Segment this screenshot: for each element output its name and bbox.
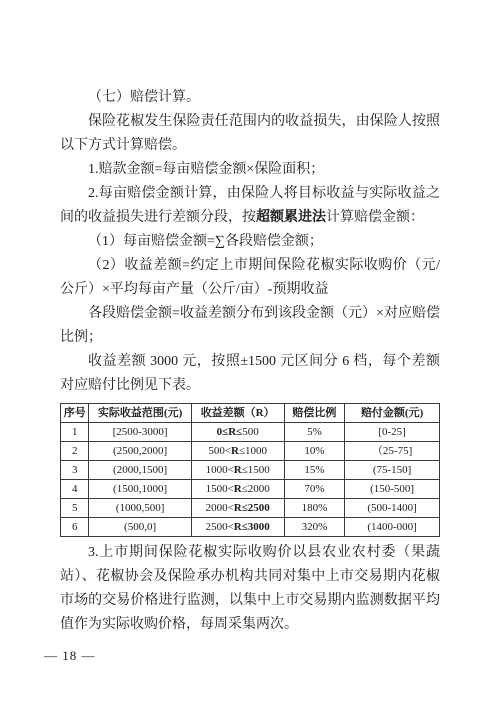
text-segment: 5 xyxy=(72,502,78,514)
paragraph: 收益差额 3000 元，按照±1500 元区间分 6 档，每个差额对应赔付比例见… xyxy=(60,350,440,398)
table-cell: 5% xyxy=(284,423,345,442)
table-header-row: 序号实际收益范围(元)收益差额（R）赔偿比例赔付金额(元) xyxy=(61,404,440,423)
paragraph: 保险花椒发生保险责任范围内的收益损失，由保险人按照以下方式计算赔偿。 xyxy=(60,110,440,158)
table-cell: (2500,2000] xyxy=(89,442,191,461)
paragraph: 3.上市期间保险花椒实际收购价以县农业农村委（果蔬站）、花椒协会及保险承办机构共… xyxy=(60,541,440,637)
text-segment: 1000< xyxy=(206,464,234,476)
table-cell: 6 xyxy=(61,518,89,537)
text-segment: 1500< xyxy=(206,483,234,495)
table-header-cell: 赔付金额(元) xyxy=(345,404,440,423)
text-segment: 3 xyxy=(72,464,78,476)
table-cell: (75-150] xyxy=(345,461,440,480)
text-segment: (500-1400] xyxy=(367,502,417,514)
paragraph: 各段赔偿金额=收益差额分布到该段金额（元）×对应赔偿比例； xyxy=(60,302,440,350)
text-segment: 保险花椒发生保险责任范围内的收益损失，由保险人按照以下方式计算赔偿。 xyxy=(60,114,440,153)
table-cell: （25-75] xyxy=(345,442,440,461)
text-segment: (1000,500] xyxy=(116,502,165,514)
text-segment: 6 xyxy=(72,521,78,533)
table-cell: 10% xyxy=(284,442,345,461)
table-cell: 1000<R≤1500 xyxy=(191,461,284,480)
paragraphs-after-table: 3.上市期间保险花椒实际收购价以县农业农村委（果蔬站）、花椒协会及保险承办机构共… xyxy=(60,541,440,637)
table-cell: (1500,1000] xyxy=(89,480,191,499)
table-header-cell: 序号 xyxy=(61,404,89,423)
page-number: — 18 — xyxy=(44,648,96,664)
text-segment: (2500,2000] xyxy=(113,445,167,457)
text-segment: [2500-3000] xyxy=(113,426,168,438)
text-segment: R xyxy=(231,445,239,457)
text-segment: 500< xyxy=(208,445,231,457)
text-segment: 2500< xyxy=(206,521,234,533)
text-segment: (150-500] xyxy=(370,483,414,495)
text-segment: （2）收益差额=约定上市期间保险花椒实际收购价（元/公斤）×平均每亩产量（公斤/… xyxy=(60,258,440,297)
text-segment: 收益差额 3000 元，按照±1500 元区间分 6 档，每个差额对应赔付比例见… xyxy=(60,354,440,393)
paragraph: （1）每亩赔偿金额=∑各段赔偿金额； xyxy=(60,230,440,254)
table-cell: [0-25] xyxy=(345,423,440,442)
table-row: 1[2500-3000]0≤R≤5005%[0-25] xyxy=(61,423,440,442)
text-segment: ≤1000 xyxy=(239,445,267,457)
table-cell: 0≤R≤500 xyxy=(191,423,284,442)
text-segment: (1500,1000] xyxy=(113,483,167,495)
paragraphs-before-table: （七）赔偿计算。保险花椒发生保险责任范围内的收益损失，由保险人按照以下方式计算赔… xyxy=(60,86,440,398)
table-row: 2(2500,2000]500<R≤100010%（25-75] xyxy=(61,442,440,461)
table-row: 3(2000,1500]1000<R≤150015%(75-150] xyxy=(61,461,440,480)
compensation-table: 序号实际收益范围(元)收益差额（R）赔偿比例赔付金额(元) 1[2500-300… xyxy=(60,403,440,537)
text-segment: ≤1500 xyxy=(242,464,270,476)
table-row: 5(1000,500]2000<R≤2500180%(500-1400] xyxy=(61,499,440,518)
text-segment: R xyxy=(234,483,242,495)
table-cell: 2500<R≤3000 xyxy=(191,518,284,537)
text-segment: （25-75] xyxy=(372,445,412,457)
text-segment: (75-150] xyxy=(373,464,412,476)
paragraph: （七）赔偿计算。 xyxy=(60,86,440,110)
text-segment: 1 xyxy=(72,426,78,438)
text-segment: ≤2000 xyxy=(242,483,270,495)
table-header-cell: 收益差额（R） xyxy=(191,404,284,423)
table-cell: 70% xyxy=(284,480,345,499)
text-segment: 500 xyxy=(242,426,259,438)
table-cell: (500,0] xyxy=(89,518,191,537)
table-header-cell: 实际收益范围(元) xyxy=(89,404,191,423)
table-cell: 15% xyxy=(284,461,345,480)
table-cell: 1500<R≤2000 xyxy=(191,480,284,499)
table-cell: 320% xyxy=(284,518,345,537)
table-cell: 180% xyxy=(284,499,345,518)
table-cell: 500<R≤1000 xyxy=(191,442,284,461)
text-segment: （1）每亩赔偿金额=∑各段赔偿金额； xyxy=(88,234,323,249)
text-segment: R≤2500 xyxy=(234,502,270,514)
text-segment: 超额累进法 xyxy=(256,210,326,225)
text-segment: 5% xyxy=(307,426,322,438)
text-segment: 10% xyxy=(304,445,324,457)
text-segment: 2000< xyxy=(206,502,234,514)
text-segment: (2000,1500] xyxy=(113,464,167,476)
table-cell: 1 xyxy=(61,423,89,442)
paragraph: （2）收益差额=约定上市期间保险花椒实际收购价（元/公斤）×平均每亩产量（公斤/… xyxy=(60,254,440,302)
text-segment: 180% xyxy=(302,502,328,514)
table-cell: (500-1400] xyxy=(345,499,440,518)
table-cell: (150-500] xyxy=(345,480,440,499)
table-cell: [2500-3000] xyxy=(89,423,191,442)
table-row: 6(500,0]2500<R≤3000320%(1400-000] xyxy=(61,518,440,537)
text-segment: 计算赔偿金额： xyxy=(326,210,424,225)
table-cell: 2000<R≤2500 xyxy=(191,499,284,518)
text-segment: 1.赔款金额=每亩赔偿金额×保险面积； xyxy=(88,162,324,177)
text-segment: 0≤R≤ xyxy=(217,426,243,438)
paragraph: 2.每亩赔偿金额计算，由保险人将目标收益与实际收益之间的收益损失进行差额分段，按… xyxy=(60,182,440,230)
text-segment: 320% xyxy=(302,521,328,533)
text-segment: 3.上市期间保险花椒实际收购价以县农业农村委（果蔬站）、花椒协会及保险承办机构共… xyxy=(60,545,440,632)
table-cell: 3 xyxy=(61,461,89,480)
text-segment: （七）赔偿计算。 xyxy=(88,90,200,105)
text-segment: R≤3000 xyxy=(234,521,270,533)
table-row: 4(1500,1000]1500<R≤200070%(150-500] xyxy=(61,480,440,499)
text-segment: (500,0] xyxy=(124,521,156,533)
table-cell: (1400-000] xyxy=(345,518,440,537)
text-segment: 70% xyxy=(304,483,324,495)
table-cell: (2000,1500] xyxy=(89,461,191,480)
text-segment: 各段赔偿金额=收益差额分布到该段金额（元）×对应赔偿比例； xyxy=(60,306,440,345)
document-page: （七）赔偿计算。保险花椒发生保险责任范围内的收益损失，由保险人按照以下方式计算赔… xyxy=(0,0,500,708)
text-segment: 15% xyxy=(304,464,324,476)
document-content: （七）赔偿计算。保险花椒发生保险责任范围内的收益损失，由保险人按照以下方式计算赔… xyxy=(0,0,500,637)
table-header-cell: 赔偿比例 xyxy=(284,404,345,423)
text-segment: 2 xyxy=(72,445,78,457)
table-body: 1[2500-3000]0≤R≤5005%[0-25]2(2500,2000]5… xyxy=(61,423,440,537)
text-segment: (1400-000] xyxy=(367,521,417,533)
table-cell: 4 xyxy=(61,480,89,499)
table-cell: (1000,500] xyxy=(89,499,191,518)
paragraph: 1.赔款金额=每亩赔偿金额×保险面积； xyxy=(60,158,440,182)
text-segment: [0-25] xyxy=(378,426,406,438)
table-cell: 5 xyxy=(61,499,89,518)
text-segment: 4 xyxy=(72,483,78,495)
table-cell: 2 xyxy=(61,442,89,461)
text-segment: R xyxy=(234,464,242,476)
